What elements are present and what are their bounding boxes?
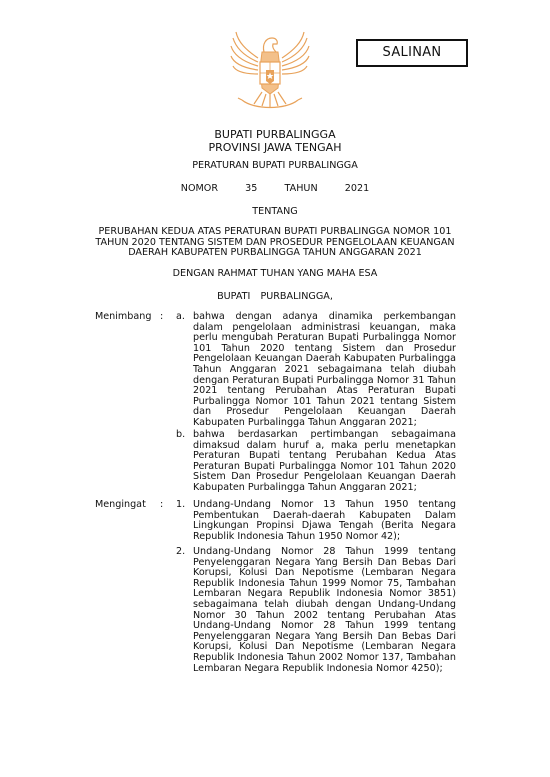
- mengingat-label: Mengingat: [95, 500, 146, 511]
- regulation-number: NOMOR 35 TAHUN 2021: [0, 183, 550, 194]
- regulation-title-text: PERUBAHAN KEDUA ATAS PERATURAN BUPATI PU…: [95, 227, 455, 259]
- header-regent: BUPATI PURBALINGGA: [0, 128, 550, 141]
- blessing-line: DENGAN RAHMAT TUHAN YANG MAHA ESA: [0, 268, 550, 279]
- item-number: 1.: [176, 500, 185, 511]
- document-header: BUPATI PURBALINGGA PROVINSI JAWA TENGAH: [0, 128, 550, 154]
- regulation-type: PERATURAN BUPATI PURBALINGGA: [0, 160, 550, 171]
- menimbang-colon: :: [160, 312, 163, 323]
- menimbang-label: Menimbang: [95, 312, 151, 323]
- item-text: bahwa berdasarkan pertimbangan sebagaima…: [193, 430, 456, 494]
- mengingat-colon: :: [160, 500, 163, 511]
- header-province: PROVINSI JAWA TENGAH: [0, 141, 550, 154]
- item-text: bahwa dengan adanya dinamika perkembanga…: [193, 312, 456, 429]
- regulation-title: PERUBAHAN KEDUA ATAS PERATURAN BUPATI PU…: [0, 227, 550, 259]
- item-number: a.: [176, 312, 185, 323]
- item-number: 2.: [176, 547, 185, 558]
- salinan-stamp: SALINAN: [356, 39, 468, 67]
- about-heading: TENTANG: [0, 206, 550, 217]
- garuda-pancasila-emblem-icon: [228, 28, 312, 114]
- item-text: Undang-Undang Nomor 13 Tahun 1950 tentan…: [193, 500, 456, 542]
- item-text: Undang-Undang Nomor 28 Tahun 1999 tentan…: [193, 547, 456, 674]
- item-number: b.: [176, 430, 185, 441]
- authority-line: BUPATI PURBALINGGA,: [0, 291, 550, 302]
